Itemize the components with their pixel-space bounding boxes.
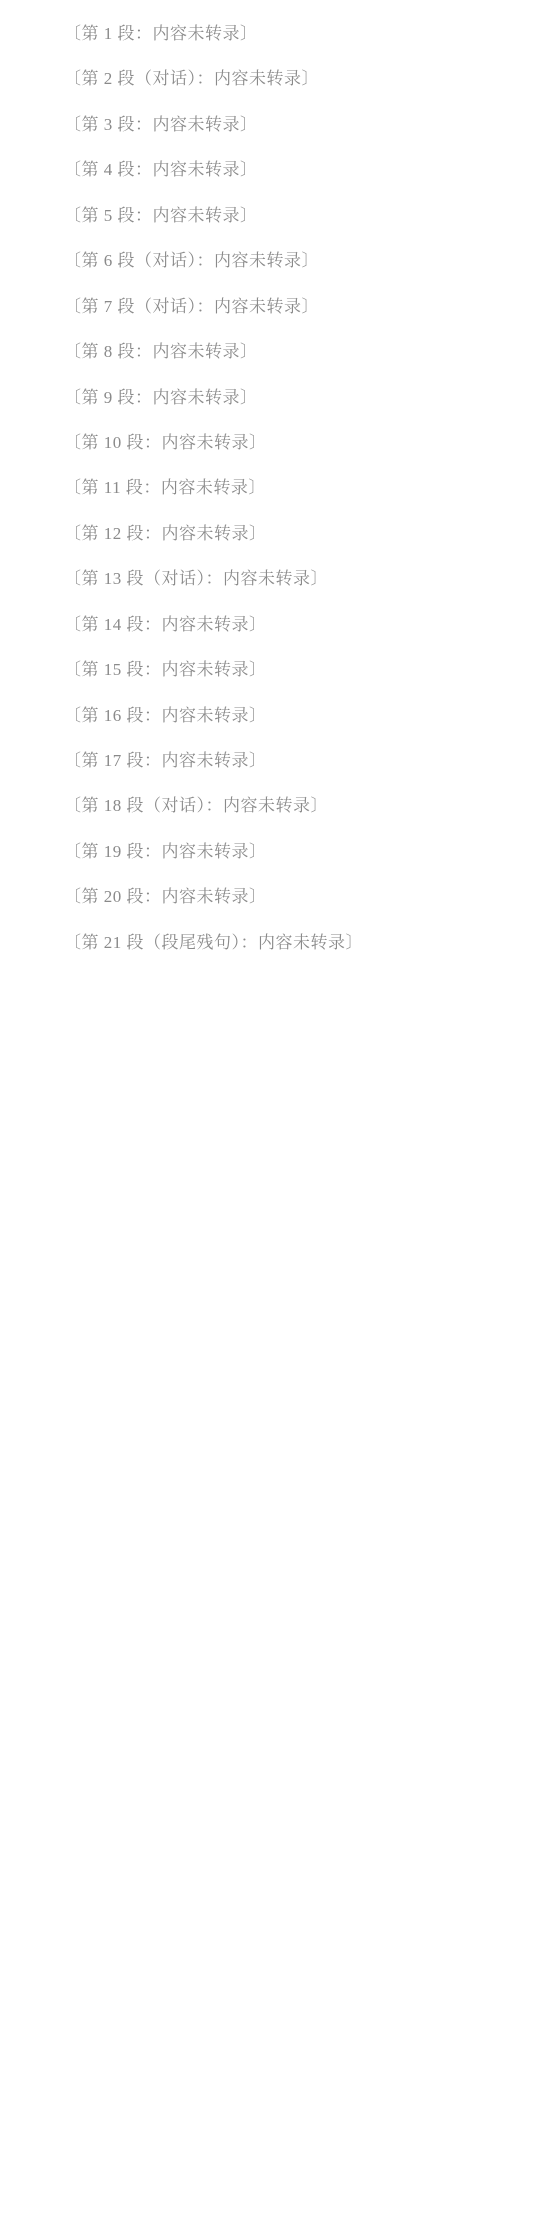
novel-paragraph: 〔第 20 段：内容未转录〕 <box>30 881 530 912</box>
novel-paragraph: 〔第 10 段：内容未转录〕 <box>30 427 530 458</box>
novel-paragraph: 〔第 13 段（对话）：内容未转录〕 <box>30 563 530 594</box>
novel-paragraph: 〔第 12 段：内容未转录〕 <box>30 518 530 549</box>
novel-paragraph: 〔第 14 段：内容未转录〕 <box>30 609 530 640</box>
paragraph-container: 〔第 1 段：内容未转录〕〔第 2 段（对话）：内容未转录〕〔第 3 段：内容未… <box>30 18 530 958</box>
novel-paragraph: 〔第 6 段（对话）：内容未转录〕 <box>30 245 530 276</box>
reader-text-page: 〔第 1 段：内容未转录〕〔第 2 段（对话）：内容未转录〕〔第 3 段：内容未… <box>0 0 560 1002</box>
novel-paragraph: 〔第 18 段（对话）：内容未转录〕 <box>30 790 530 821</box>
novel-paragraph: 〔第 15 段：内容未转录〕 <box>30 654 530 685</box>
novel-paragraph: 〔第 16 段：内容未转录〕 <box>30 700 530 731</box>
novel-paragraph: 〔第 5 段：内容未转录〕 <box>30 200 530 231</box>
novel-paragraph: 〔第 11 段：内容未转录〕 <box>30 472 530 503</box>
novel-paragraph: 〔第 7 段（对话）：内容未转录〕 <box>30 291 530 322</box>
novel-paragraph: 〔第 3 段：内容未转录〕 <box>30 109 530 140</box>
novel-paragraph: 〔第 9 段：内容未转录〕 <box>30 382 530 413</box>
novel-paragraph: 〔第 19 段：内容未转录〕 <box>30 836 530 867</box>
novel-paragraph: 〔第 8 段：内容未转录〕 <box>30 336 530 367</box>
novel-paragraph: 〔第 21 段（段尾残句）：内容未转录〕 <box>30 927 530 958</box>
novel-paragraph: 〔第 4 段：内容未转录〕 <box>30 154 530 185</box>
novel-paragraph: 〔第 2 段（对话）：内容未转录〕 <box>30 63 530 94</box>
novel-paragraph: 〔第 1 段：内容未转录〕 <box>30 18 530 49</box>
novel-paragraph: 〔第 17 段：内容未转录〕 <box>30 745 530 776</box>
